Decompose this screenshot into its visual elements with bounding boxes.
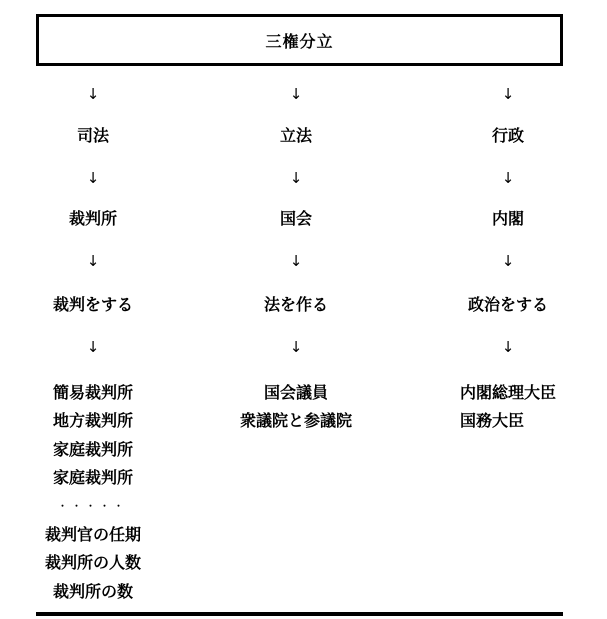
down-arrow-icon: ↓	[415, 168, 601, 188]
down-arrow-icon: ↓	[0, 84, 186, 104]
down-arrow-icon: ↓	[203, 168, 389, 188]
down-arrow-icon: ↓	[0, 251, 186, 271]
list-item: 地方裁判所	[0, 407, 186, 435]
list-item: 国務大臣	[460, 407, 601, 435]
branch-label-judicial: 司法	[0, 126, 186, 146]
function-label-judicial: 裁判をする	[0, 295, 186, 315]
down-arrow-icon: ↓	[203, 337, 389, 357]
column-judicial: ↓ 司法 ↓ 裁判所 ↓ 裁判をする ↓ 簡易裁判所 地方裁判所 家庭裁判所 家…	[0, 0, 186, 619]
list-item: 裁判官の任期	[0, 521, 186, 549]
list-item: 家庭裁判所	[0, 464, 186, 492]
list-item: 衆議院と参議院	[203, 407, 389, 435]
organ-label-diet: 国会	[203, 209, 389, 229]
legislative-detail-list: 国会議員 衆議院と参議院	[203, 379, 389, 436]
list-item: 内閣総理大臣	[460, 379, 601, 407]
column-legislative: ↓ 立法 ↓ 国会 ↓ 法を作る ↓ 国会議員 衆議院と参議院	[203, 0, 389, 619]
ellipsis-dots: ・・・・・	[0, 493, 186, 521]
list-item: 裁判所の人数	[0, 549, 186, 577]
down-arrow-icon: ↓	[0, 337, 186, 357]
function-label-legislative: 法を作る	[203, 295, 389, 315]
down-arrow-icon: ↓	[415, 251, 601, 271]
down-arrow-icon: ↓	[0, 168, 186, 188]
list-item: 国会議員	[203, 379, 389, 407]
down-arrow-icon: ↓	[415, 337, 601, 357]
list-item: 家庭裁判所	[0, 436, 186, 464]
organ-label-court: 裁判所	[0, 209, 186, 229]
down-arrow-icon: ↓	[415, 84, 601, 104]
bottom-box-edge	[36, 612, 563, 616]
column-executive: ↓ 行政 ↓ 内閣 ↓ 政治をする ↓ 内閣総理大臣 国務大臣	[415, 0, 601, 619]
down-arrow-icon: ↓	[203, 84, 389, 104]
branch-label-legislative: 立法	[203, 126, 389, 146]
diagram-canvas: 三権分立 ↓ 司法 ↓ 裁判所 ↓ 裁判をする ↓ 簡易裁判所 地方裁判所 家庭…	[0, 0, 607, 619]
down-arrow-icon: ↓	[203, 251, 389, 271]
function-label-executive: 政治をする	[415, 295, 601, 315]
list-item: 裁判所の数	[0, 578, 186, 606]
branch-label-executive: 行政	[415, 126, 601, 146]
organ-label-cabinet: 内閣	[415, 209, 601, 229]
executive-detail-list: 内閣総理大臣 国務大臣	[415, 379, 601, 436]
judicial-detail-list: 簡易裁判所 地方裁判所 家庭裁判所 家庭裁判所 ・・・・・ 裁判官の任期 裁判所…	[0, 379, 186, 606]
list-item: 簡易裁判所	[0, 379, 186, 407]
